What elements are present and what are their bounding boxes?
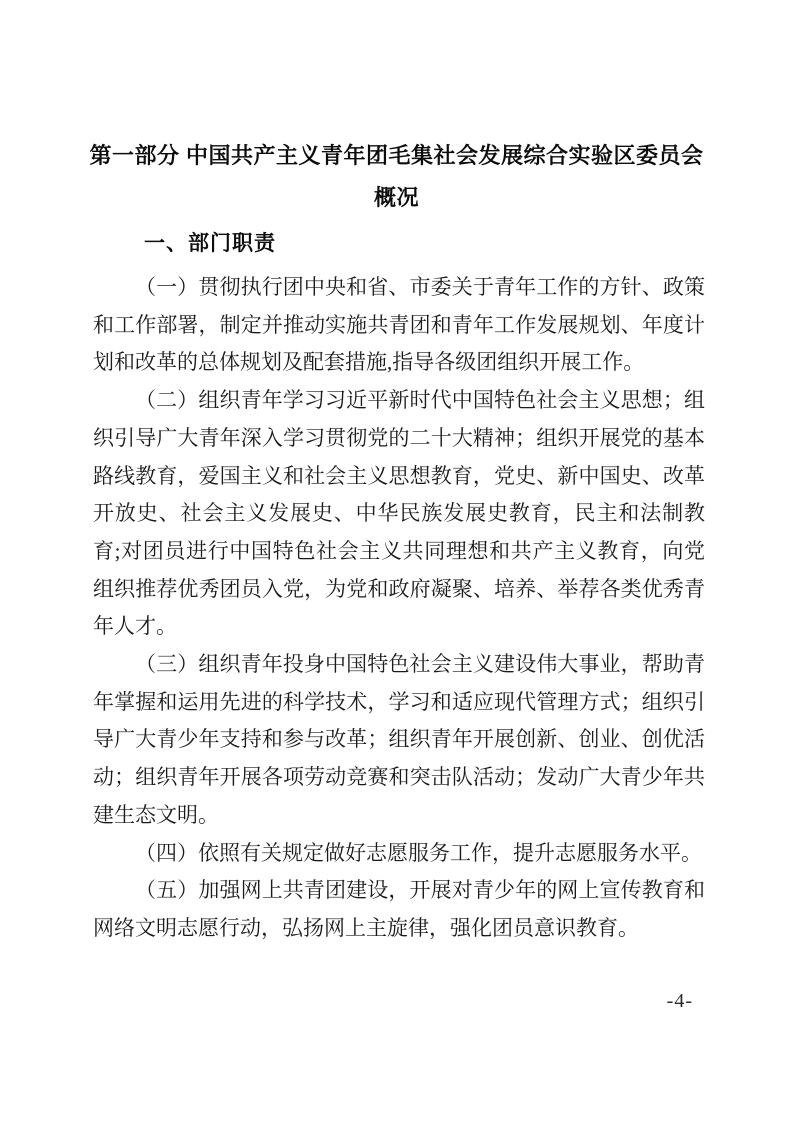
- paragraph-4: （四）依照有关规定做好志愿服务工作，提升志愿服务水平。: [93, 835, 705, 873]
- paragraph-2: （二）组织青年学习习近平新时代中国特色社会主义思想；组织引导广大青年深入学习贯彻…: [93, 382, 705, 646]
- document-page: 第一部分 中国共产主义青年团毛集社会发展综合实验区委员会 概况 一、部门职责 （…: [0, 0, 793, 1122]
- document-title: 第一部分 中国共产主义青年团毛集社会发展综合实验区委员会 概况: [60, 135, 733, 219]
- document-title-line-2: 概况: [60, 177, 733, 219]
- paragraph-5: （五）加强网上共青团建设，开展对青少年的网上宣传教育和网络文明志愿行动，弘扬网上…: [93, 872, 705, 947]
- document-title-line-1: 第一部分 中国共产主义青年团毛集社会发展综合实验区委员会: [60, 135, 733, 177]
- paragraph-3: （三）组织青年投身中国特色社会主义建设伟大事业，帮助青年掌握和运用先进的科学技术…: [93, 646, 705, 835]
- section-heading: 一、部门职责: [93, 226, 705, 262]
- document-body: （一）贯彻执行团中央和省、市委关于青年工作的方针、政策和工作部署，制定并推动实施…: [93, 269, 705, 948]
- paragraph-1: （一）贯彻执行团中央和省、市委关于青年工作的方针、政策和工作部署，制定并推动实施…: [93, 269, 705, 382]
- page-number: -4-: [667, 990, 693, 1013]
